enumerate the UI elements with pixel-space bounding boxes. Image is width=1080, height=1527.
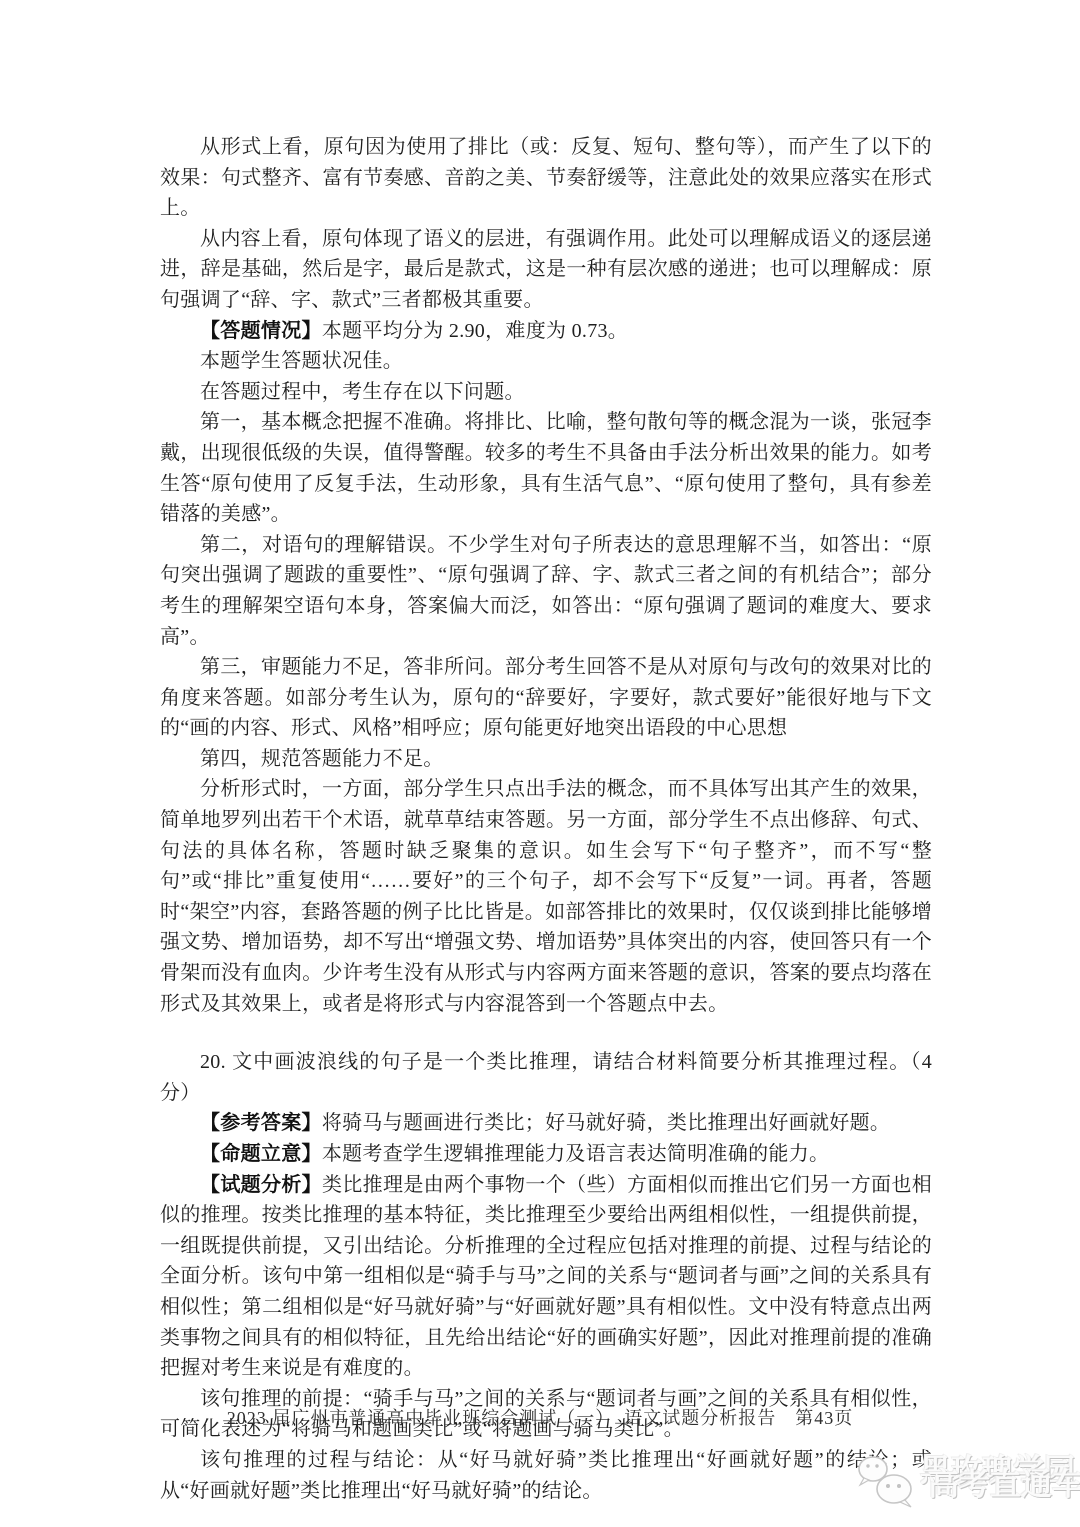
- paragraph-problems-intro: 在答题过程中，考生存在以下问题。: [160, 377, 932, 408]
- paragraph-reference-answer: 【参考答案】将骑马与题画进行类比；好马就好骑，类比推理出好画就好题。: [160, 1108, 932, 1139]
- question-text: 20. 文中画波浪线的句子是一个类比推理，请结合材料简要分析其推理过程。（4 分…: [160, 1051, 932, 1104]
- paragraph-problem-1: 第一，基本概念把握不准确。将排比、比喻，整句散句等的概念混为一谈，张冠李戴，出现…: [160, 407, 932, 529]
- paragraph-text: 本题考查学生逻辑推理能力及语言表达简明准确的能力。: [322, 1143, 830, 1165]
- question-analysis-label: 【试题分析】: [200, 1174, 322, 1196]
- paragraph-text: 将骑马与题画进行类比；好马就好骑，类比推理出好画就好题。: [322, 1112, 890, 1134]
- paragraph-text: 分析形式时，一方面，部分学生只点出手法的概念，而不具体写出其产生的效果，简单地罗…: [160, 778, 932, 1014]
- paragraph-text: 第一，基本概念把握不准确。将排比、比喻，整句散句等的概念混为一谈，张冠李戴，出现…: [160, 411, 932, 525]
- paragraph-problem-3: 第三，审题能力不足，答非所问。部分考生回答不是从对原句与改句的效果对比的角度来答…: [160, 652, 932, 744]
- paragraph-question-intent: 【命题立意】本题考查学生逻辑推理能力及语言表达简明准确的能力。: [160, 1139, 932, 1170]
- watermark-text-line2: 高考直通车: [928, 1459, 1080, 1504]
- paragraph-text: 第四，规范答题能力不足。: [200, 748, 444, 770]
- paragraph-question-analysis: 【试题分析】类比推理是由两个事物一个（些）方面相似而推出它们另一方面也相似的推理…: [160, 1170, 932, 1384]
- paragraph-text: 从形式上看，原句因为使用了排比（或：反复、短句、整句等），而产生了以下的效果：句…: [160, 136, 932, 219]
- paragraph-text: 第二，对语句的理解错误。不少学生对句子所表达的意思理解不当，如答出：“原句突出强…: [160, 534, 932, 648]
- paragraph-text: 类比推理是由两个事物一个（些）方面相似而推出它们另一方面也相似的推理。按类比推理…: [160, 1174, 932, 1380]
- question-20: 20. 文中画波浪线的句子是一个类比推理，请结合材料简要分析其推理过程。（4 分…: [160, 1047, 932, 1108]
- question-intent-label: 【命题立意】: [200, 1143, 322, 1165]
- paragraph-process-conclusion: 该句推理的过程与结论：从“好马就好骑”类比推理出“好画就好题”的结论；或从“好画…: [160, 1445, 932, 1506]
- paragraph-text: 本题学生答题状况佳。: [200, 350, 403, 372]
- paragraph-form-analysis: 从形式上看，原句因为使用了排比（或：反复、短句、整句等），而产生了以下的效果：句…: [160, 132, 932, 224]
- paragraph-content-analysis: 从内容上看，原句体现了语义的层进，有强调作用。此处可以理解成语义的逐层递进，辞是…: [160, 224, 932, 316]
- page-footer: 2023 届广州市普通高中毕业班综合测试（一） 语文试题分析报告 第43页: [0, 1404, 1080, 1430]
- watermark-text-line1: 黑玫瑰学园: [920, 1445, 1075, 1490]
- paragraph-status: 本题学生答题状况佳。: [160, 346, 932, 377]
- answer-situation-label: 【答题情况】: [200, 320, 322, 342]
- report-body: 从形式上看，原句因为使用了排比（或：反复、短句、整句等），而产生了以下的效果：句…: [160, 132, 932, 1506]
- document-page: 从形式上看，原句因为使用了排比（或：反复、短句、整句等），而产生了以下的效果：句…: [0, 0, 1080, 1527]
- paragraph-text: 本题平均分为 2.90，难度为 0.73。: [322, 320, 628, 342]
- paragraph-problem-4-detail: 分析形式时，一方面，部分学生只点出手法的概念，而不具体写出其产生的效果，简单地罗…: [160, 774, 932, 1019]
- paragraph-problem-2: 第二，对语句的理解错误。不少学生对句子所表达的意思理解不当，如答出：“原句突出强…: [160, 530, 932, 652]
- reference-answer-label: 【参考答案】: [200, 1112, 322, 1134]
- paragraph-text: 该句推理的过程与结论：从“好马就好骑”类比推理出“好画就好题”的结论；或从“好画…: [160, 1449, 932, 1502]
- paragraph-text: 从内容上看，原句体现了语义的层进，有强调作用。此处可以理解成语义的逐层递进，辞是…: [160, 228, 932, 311]
- paragraph-text: 第三，审题能力不足，答非所问。部分考生回答不是从对原句与改句的效果对比的角度来答…: [160, 656, 932, 739]
- paragraph-text: 在答题过程中，考生存在以下问题。: [200, 381, 525, 403]
- paragraph-answer-situation: 【答题情况】本题平均分为 2.90，难度为 0.73。: [160, 316, 932, 347]
- paragraph-problem-4: 第四，规范答题能力不足。: [160, 744, 932, 775]
